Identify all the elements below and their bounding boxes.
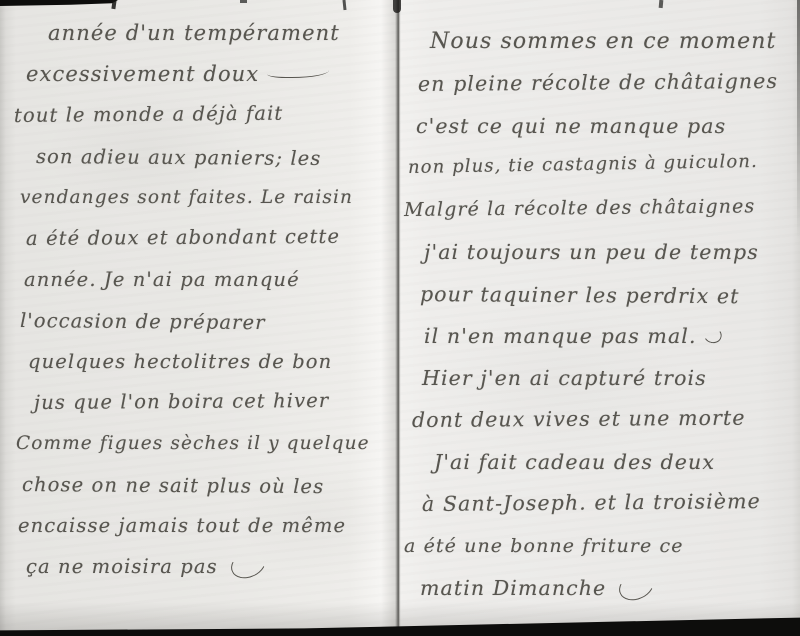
- handwritten-line: quelques hectolitres de bon: [28, 341, 397, 382]
- handwritten-line: non plus, tie castagnis à guiculon.: [408, 140, 800, 189]
- handwritten-line: Nous sommes en ce moment: [430, 21, 800, 63]
- handwritten-line: à Sant-Joseph. et la troisième: [422, 480, 800, 525]
- manuscript-scan: année d'un tempérament excessivement dou…: [0, 0, 800, 636]
- handwritten-line: l'occasion de préparer: [20, 300, 397, 344]
- manuscript-right-page: Nous sommes en ce moment en pleine récol…: [400, 0, 800, 636]
- handwritten-line: j'ai toujours un peu de temps: [424, 231, 800, 273]
- handwritten-line: en pleine récolte de châtaignes: [418, 60, 800, 105]
- handwritten-line: dont deux vives et une morte: [412, 396, 800, 441]
- page-fold-top-notch: [393, 0, 401, 13]
- handwritten-line: son adieu aux paniers; les: [36, 136, 397, 180]
- handwritten-line: Comme figues sèches il y quelque: [16, 423, 397, 464]
- handwritten-line: matin Dimanche: [420, 567, 800, 609]
- handwritten-line: Malgré la récolte des châtaignes: [404, 185, 800, 231]
- handwritten-line: année. Je n'ai pa manqué: [24, 259, 397, 300]
- handwritten-line: Hier j'en ai capturé trois: [422, 357, 800, 399]
- handwritten-line: J'ai fait cadeau des deux: [434, 441, 800, 483]
- handwritten-line: vendanges sont faites. Le raisin: [20, 177, 397, 218]
- right-page-text-block: Nous sommes en ce moment en pleine récol…: [400, 0, 800, 609]
- handwritten-line: jus que l'on boira cet hiver: [34, 379, 397, 423]
- scan-artifact-tick: [659, 0, 664, 8]
- handwritten-line: a été une bonne friture ce: [404, 525, 800, 567]
- scan-artifact-tick: [240, 0, 247, 3]
- handwritten-line: année d'un tempérament: [48, 13, 397, 54]
- manuscript-left-page: année d'un tempérament excessivement dou…: [0, 0, 397, 636]
- handwritten-line: il n'en manque pas mal.: [424, 315, 800, 357]
- left-page-text-block: année d'un tempérament excessivement dou…: [0, 0, 397, 587]
- handwritten-line: pour taquiner les perdrix et: [420, 273, 800, 318]
- handwritten-line: tout le monde a déjà fait: [14, 92, 397, 136]
- handwritten-line: chose on ne sait plus où les: [22, 464, 397, 508]
- handwritten-line: a été doux et abondant cette: [26, 215, 397, 259]
- handwritten-line: excessivement doux: [26, 54, 397, 95]
- page-fold-line: [395, 0, 401, 636]
- handwritten-line: ça ne moisira pas: [26, 546, 397, 587]
- handwritten-line: encaisse jamais tout de même: [18, 505, 397, 546]
